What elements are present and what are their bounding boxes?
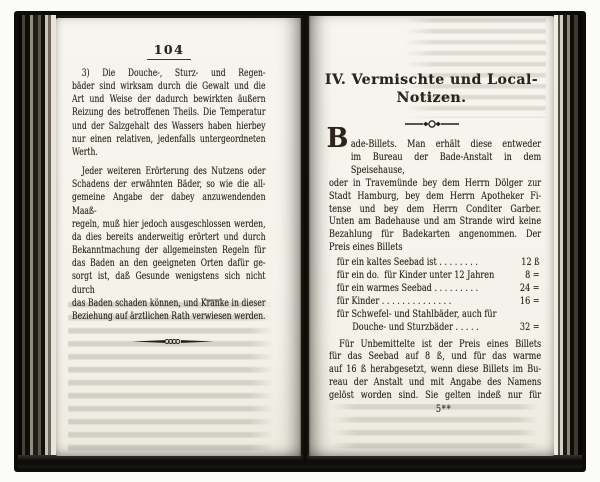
- left-page-text-column: 3) Die Douche-, Sturz- und Regen-bäder s…: [72, 67, 266, 323]
- scanned-book-photo: 104 3) Die Douche-, Sturz- und Regen-bäd…: [0, 0, 600, 482]
- price-label: für Schwefel- und Stahlbäder, auch für: [337, 308, 537, 321]
- drop-cap: B: [327, 133, 349, 146]
- text-line: gelöst worden sind. Sie gelten indeß nur…: [329, 389, 541, 402]
- page-number-rule: [147, 59, 191, 60]
- text-line: da dies bereits anderweitig erörtert und…: [72, 231, 266, 244]
- text-line: Beziehung auf ärztlichen Rath verwiesen …: [72, 310, 266, 323]
- book-photo-frame: 104 3) Die Douche-, Sturz- und Regen-bäd…: [14, 11, 586, 472]
- text-line: bäder sind wirksam durch die Gewalt und …: [72, 80, 266, 93]
- text-line: Werth.: [72, 146, 266, 159]
- intro-paragraph: B ade-Billets. Man erhält diese entweder…: [329, 138, 541, 254]
- right-page-text-column: B ade-Billets. Man erhält diese entweder…: [329, 138, 541, 416]
- text-line: regeln, muß hier jedoch ausgeschlossen w…: [72, 218, 266, 231]
- text-line: Art und Weise der dadurch bewirkten äuße…: [72, 93, 266, 106]
- price-row: für Schwefel- und Stahlbäder, auch für: [337, 308, 540, 321]
- text-line: oder in Travemünde bey dem Herrn Dölger …: [329, 177, 541, 190]
- paragraph: 3) Die Douche-, Sturz- und Regen-bäder s…: [72, 67, 266, 159]
- heading-ornament: [404, 119, 460, 129]
- text-line: Schadens der erwähnten Bäder, so wie die…: [72, 178, 266, 191]
- bleedthrough-text-bottom-right: [331, 404, 539, 454]
- text-line: reau der Anstalt und mit Angabe des Name…: [329, 376, 541, 389]
- section-heading: IV. Vermischte und Local- Notizen.: [317, 72, 546, 107]
- closing-paragraph: Für Unbemittelte ist der Preis eines Bil…: [329, 338, 541, 403]
- text-line: Preis eines Billets: [329, 241, 541, 254]
- text-line: das Baden an den geeigneten Orten dafür …: [72, 257, 266, 270]
- price-value: 16 =: [517, 295, 540, 308]
- price-value: 24 =: [517, 282, 540, 295]
- divider-ornament: [132, 337, 214, 346]
- price-label: Douche- und Sturzbäder . . . . .: [337, 321, 517, 334]
- faint-rule: [204, 299, 222, 301]
- price-row: für ein do. für Kinder unter 12 Jahren 8…: [337, 269, 540, 282]
- right-page: IV. Vermischte und Local- Notizen. B ade…: [309, 16, 554, 456]
- text-line: für das Seebad auf 8 ß, und für das warm…: [329, 350, 541, 363]
- price-label: für Kinder . . . . . . . . . . . . . .: [337, 295, 517, 308]
- page-number-block: 104: [72, 42, 266, 60]
- paragraph: Jeder weiteren Erörterung des Nutzens od…: [72, 165, 266, 323]
- paragraph: ade-Billets. Man erhält diese entwederim…: [329, 138, 541, 254]
- price-row: Douche- und Sturzbäder . . . . . 32 =: [337, 321, 540, 334]
- price-value: 12 ß: [518, 256, 539, 269]
- text-line: Stadt Hamburg, bey dem Herrn Apotheker F…: [329, 190, 541, 203]
- text-line: nur einen relativen, jedenfalls untergeo…: [72, 133, 266, 146]
- price-label: für ein warmes Seebad . . . . . . . . .: [337, 282, 517, 295]
- book-gutter: [299, 15, 311, 463]
- page-stack-edge-right: [554, 15, 582, 456]
- price-label: für ein kaltes Seebad ist . . . . . . . …: [337, 256, 518, 269]
- text-line: Bekanntmachung der allgemeinsten Regeln …: [72, 244, 266, 257]
- text-line: Für Unbemittelte ist der Preis eines Bil…: [329, 338, 541, 351]
- text-line: und der Salzgehalt des Wassers haben hie…: [72, 120, 266, 133]
- text-line: 3) Die Douche-, Sturz- und Regen-: [72, 67, 266, 80]
- section-heading-line2: Notizen.: [317, 90, 546, 108]
- price-label: für ein do. für Kinder unter 12 Jahren: [337, 269, 522, 282]
- section-heading-line1: IV. Vermischte und Local-: [317, 72, 546, 90]
- text-line: auf 16 ß herabgesetzt, wenn diese Billet…: [329, 363, 541, 376]
- text-line: gemeine Angabe der dabey anzuwendenden M…: [72, 191, 266, 217]
- left-page: 104 3) Die Douche-, Sturz- und Regen-bäd…: [56, 18, 301, 456]
- text-line: tense und bey dem Herrn Conditer Garber.: [329, 203, 541, 216]
- text-line: Unten am Badehause und am Strande wird k…: [329, 215, 541, 228]
- text-line: Reizung des betroffenen Theils. Die Temp…: [72, 106, 266, 119]
- page-stack-edge-left: [18, 15, 56, 456]
- price-row: für ein warmes Seebad . . . . . . . . . …: [337, 282, 540, 295]
- price-value: 32 =: [517, 321, 540, 334]
- text-line: das Baden schaden können, und Kranke in …: [72, 297, 266, 310]
- price-value: [536, 308, 539, 321]
- price-value: 8 =: [522, 269, 540, 282]
- price-row: für ein kaltes Seebad ist . . . . . . . …: [337, 256, 540, 269]
- text-line: Bezahlung für Badekarten angenommen. Der: [329, 228, 541, 241]
- text-line: ade-Billets. Man erhält diese entweder: [329, 138, 541, 151]
- price-list: für ein kaltes Seebad ist . . . . . . . …: [329, 256, 541, 333]
- text-line: Jeder weiteren Erörterung des Nutzens od…: [72, 165, 266, 178]
- text-line: im Bureau der Bade-Anstalt in dem Speise…: [329, 151, 541, 177]
- text-line: sorgt ist, daß Gesunde wenigstens sich n…: [72, 270, 266, 296]
- price-row: für Kinder . . . . . . . . . . . . . . 1…: [337, 295, 540, 308]
- page-number: 104: [72, 42, 266, 57]
- bleedthrough-text-left: [68, 302, 274, 452]
